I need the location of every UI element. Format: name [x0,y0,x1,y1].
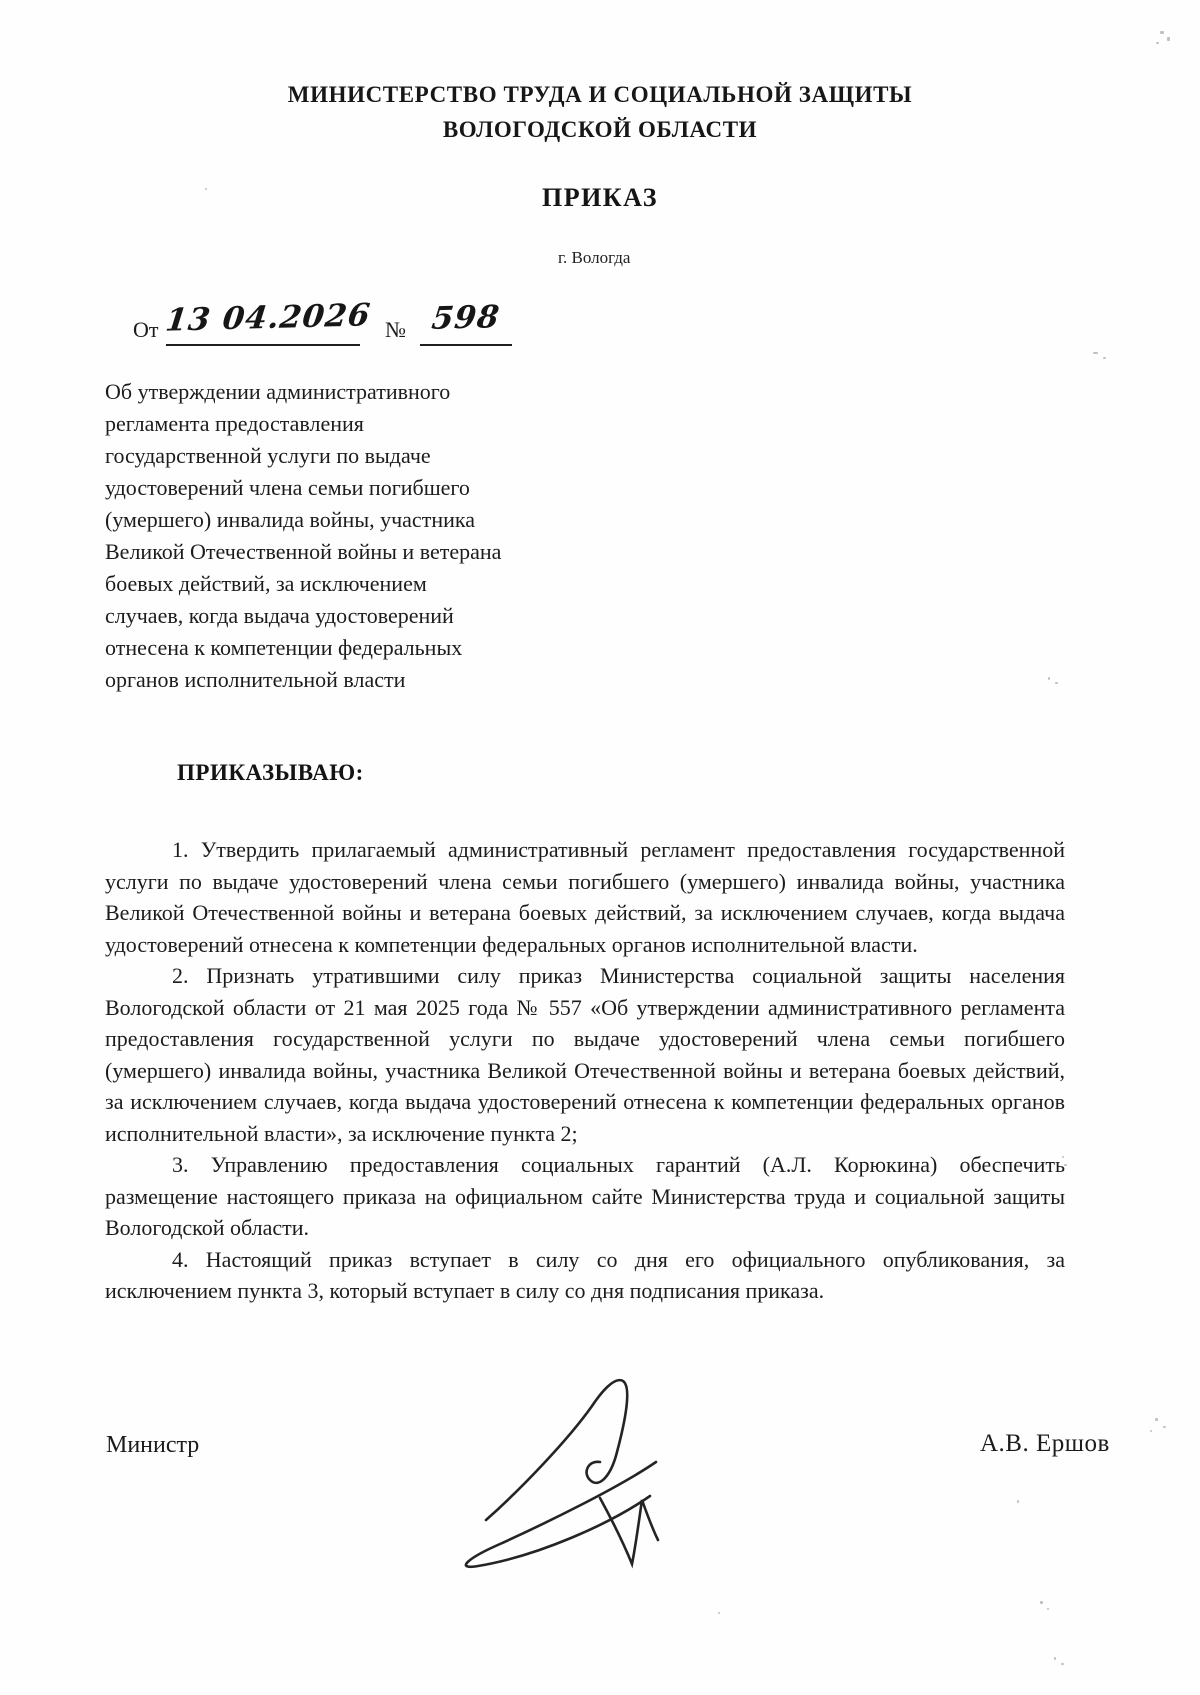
scan-artifact [1103,357,1106,359]
order-paragraph-2: 2. Признать утратившими силу приказ Мини… [105,960,1065,1149]
number-underline: 598 [420,300,512,346]
ministry-name-line1: МИНИСТЕРСТВО ТРУДА И СОЦИАЛЬНОЙ ЗАЩИТЫ [0,82,1200,108]
scan-artifact [1156,42,1159,44]
scan-artifact [205,188,207,190]
scan-artifact [1054,1657,1056,1660]
scan-artifact [1055,682,1058,684]
order-paragraph-1: 1. Утвердить прилагаемый административны… [105,834,1065,960]
scan-artifact [1160,31,1164,34]
order-heading: ПРИКАЗЫВАЮ: [177,760,364,786]
date-underline: 13 04.2026 [166,300,360,346]
place-line: г. Вологда [558,248,630,268]
order-subject: Об утверждении административного регламе… [105,376,505,696]
minister-name: А.В. Ершов [980,1430,1110,1458]
scan-artifact [1061,1663,1064,1665]
scan-artifact [1040,1601,1043,1604]
order-paragraph-4: 4. Настоящий приказ вступает в силу со д… [105,1244,1065,1307]
scan-artifact [1062,1156,1064,1158]
order-document-page: МИНИСТЕРСТВО ТРУДА И СОЦИАЛЬНОЙ ЗАЩИТЫ В… [0,0,1200,1695]
ministry-name-line2: ВОЛОГОДСКОЙ ОБЛАСТИ [0,117,1200,143]
minister-position-label: Министр [106,1432,199,1459]
scan-artifact [718,1612,720,1614]
scan-artifact [1163,1426,1166,1428]
scan-artifact [1048,677,1050,680]
scan-artifact [1047,1608,1049,1610]
handwritten-number-value: 598 [430,299,502,337]
order-paragraph-3: 3. Управлению предоставления социальных … [105,1149,1065,1244]
scan-artifact [1155,1418,1158,1421]
scan-artifact [1150,1430,1152,1432]
scan-artifact [1017,1500,1019,1503]
order-body: 1. Утвердить прилагаемый административны… [105,834,1065,1307]
date-label: От [133,317,159,343]
scan-artifact [1167,37,1170,41]
scan-artifact [1093,352,1098,354]
number-label: № [385,317,406,343]
minister-signature-icon [448,1368,680,1573]
handwritten-date-value: 13 04.2026 [164,297,373,338]
scan-artifact [1064,1164,1067,1166]
document-type-title: ПРИКАЗ [0,183,1200,213]
